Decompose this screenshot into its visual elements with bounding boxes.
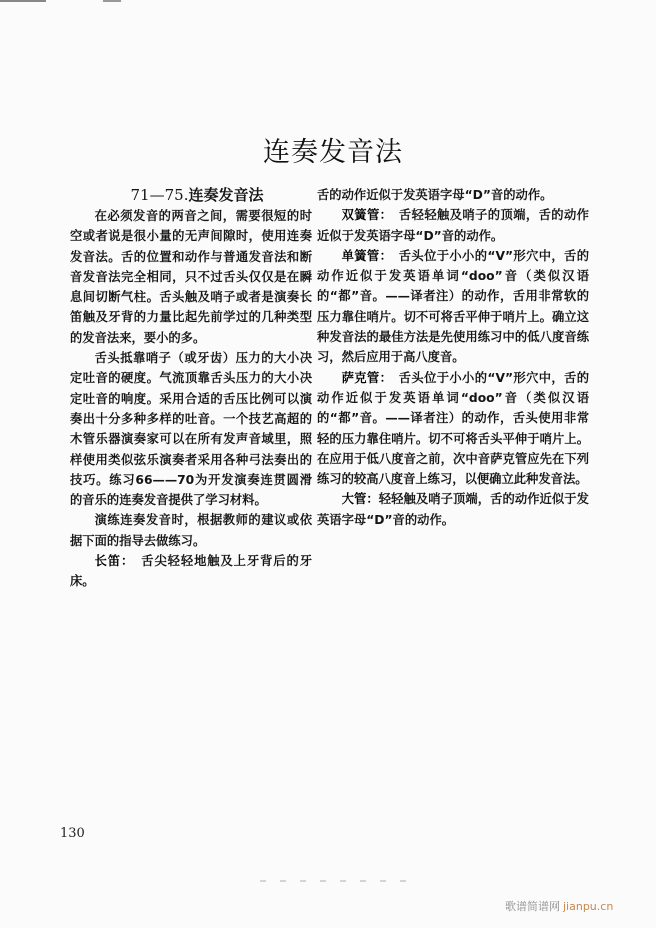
saxophone-text: 舌头位于小小的“V”形穴中，舌的动作近似于发英语单词“doo”音（类似汉语的“都…	[317, 371, 589, 486]
watermark: 歌谱简谱网jianpu.cn	[505, 898, 613, 914]
scan-edge-mark	[0, 0, 46, 2]
paragraph-bassoon: 大管：轻轻触及哨子顶端，舌的动作近似于发英语字母“D”音的动作。	[317, 489, 589, 530]
left-column: 71—75.连奏发音法 在必须发音的两音之间，需要很短的时空或者说是很小量的无声…	[70, 185, 312, 592]
term-clarinet: 单簧管：	[342, 249, 387, 263]
section-number: 71—75.	[131, 186, 189, 204]
paragraph-flute: 长笛： 舌尖轻轻地触及上牙背后的牙床。	[70, 551, 312, 592]
right-column: 舌的动作近似于发英语字母“D”音的动作。 双簧管： 舌轻轻触及哨子的顶端，舌的动…	[317, 185, 589, 530]
paragraph-flute-continued: 舌的动作近似于发英语字母“D”音的动作。	[317, 185, 589, 205]
section-title: 连奏发音法	[188, 186, 263, 204]
clarinet-text: 舌头位于小小的“V”形穴中，舌的动作近似于发英语单词“doo”音（类似汉语的“都…	[317, 249, 589, 364]
term-flute: 长笛：	[95, 554, 128, 568]
scan-edge-mark	[103, 0, 121, 2]
page-number: 130	[60, 826, 85, 841]
paragraph-practice: 演练连奏发音时，根据教师的建议或依据下面的指导去做练习。	[70, 510, 312, 551]
paragraph-pressure: 舌头抵靠哨子（或牙齿）压力的大小决定吐音的硬度。气流顶靠舌头压力的大小决定吐音的…	[70, 348, 312, 510]
watermark-url: jianpu.cn	[563, 900, 613, 913]
term-oboe: 双簧管：	[342, 208, 387, 222]
paragraph-saxophone: 萨克管： 舌头位于小小的“V”形穴中，舌的动作近似于发英语单词“doo”音（类似…	[317, 368, 589, 490]
watermark-site-name: 歌谱简谱网	[505, 900, 560, 913]
section-heading: 71—75.连奏发音法	[70, 185, 312, 205]
book-page: 连奏发音法 71—75.连奏发音法 在必须发音的两音之间，需要很短的时空或者说是…	[0, 0, 656, 928]
chapter-title: 连奏发音法	[0, 130, 656, 169]
scan-noise	[260, 880, 410, 882]
paragraph-intro: 在必须发音的两音之间，需要很短的时空或者说是很小量的无声间隙时，使用连奏发音法。…	[70, 206, 312, 348]
paragraph-oboe: 双簧管： 舌轻轻触及哨子的顶端，舌的动作近似于发英语字母“D”音的动作。	[317, 205, 589, 246]
term-saxophone: 萨克管：	[342, 371, 387, 385]
term-bassoon: 大管：	[342, 492, 379, 506]
paragraph-clarinet: 单簧管： 舌头位于小小的“V”形穴中，舌的动作近似于发英语单词“doo”音（类似…	[317, 246, 589, 368]
